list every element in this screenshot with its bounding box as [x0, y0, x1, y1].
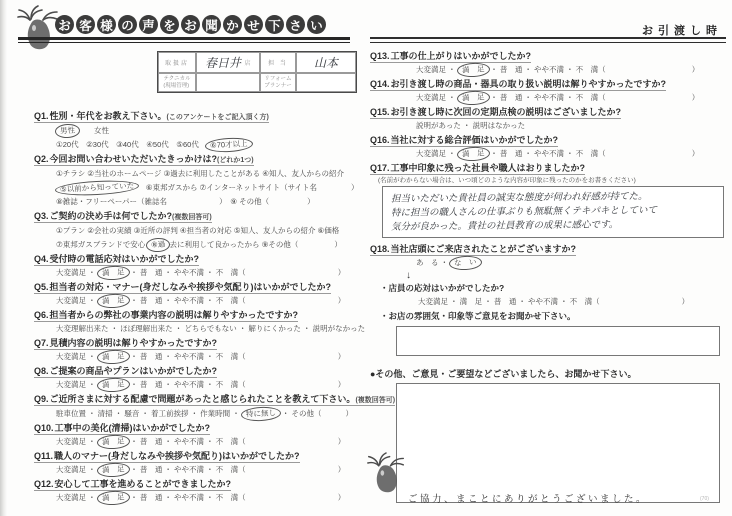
question-title: Q1.性別・年代をお教え下さい。(このアンケートをご記入頂く方) [34, 110, 364, 124]
question-id: Q15. [370, 107, 390, 117]
comment-box [396, 383, 720, 503]
handwriting-box: 担当いただいた貴社員の誠実な態度が伺われ好感が持てた。特に担当の職人さんの仕事ぶ… [382, 186, 724, 238]
answer-option: ） [692, 65, 700, 74]
answer-option: 大変満足 ・ [416, 149, 458, 158]
question-id: Q18. [370, 244, 390, 254]
question-text: 工事中印象に残った社員や職人はおりましたか? [391, 163, 586, 173]
title-char-badge: 声 [139, 15, 158, 34]
question-Q17: Q17.工事中印象に残った社員や職人はおりましたか?(名前がわからない場合は、い… [370, 162, 728, 184]
question-text: 見積内容の説明は解りやすかったですか? [50, 338, 218, 348]
question-note: (複数回答可) [172, 214, 212, 221]
answer-option: ①プラン ②会社の実績 ③近所の評判 ④担当者の対応 ⑤知人、友人からの紹介 ⑥… [56, 226, 339, 235]
handwritten-line: 気分が良かった。貴社の社員教育の成果に感心です。 [391, 217, 715, 234]
question-id: Q8. [34, 366, 49, 376]
answer-option: ） ⑨ その他（ [219, 197, 269, 206]
question-title: Q11.職人のマナー(身だしなみや挨拶や気配り)はいかがでしたか? [34, 450, 364, 463]
answer-option: 大変満足 ・ 満 足 ・ 普 通 ・ やや不満 ・ 不 満（ [418, 297, 600, 306]
answer-line: 大変満足 ・ 満 足 ・ 普 通 ・ やや不満 ・ 不 満（） [56, 464, 364, 475]
sub-question-title: ・お店の雰囲気・印象等ご意見をお聞かせ下さい。 [380, 310, 728, 323]
question-text: お引き渡し時に次回の定期点検の説明はございましたか? [391, 107, 622, 117]
title-char-badge: 客 [76, 15, 95, 34]
question-title: Q15.お引き渡し時に次回の定期点検の説明はございましたか? [370, 106, 728, 119]
question-Q18: Q18.当社店頭にご来店されたことがございますか?あ る ・ な い [370, 243, 728, 268]
store-value-cell: 春日井 店 [196, 52, 260, 73]
circled-answer: ⑧過 [146, 237, 171, 252]
answer-line: 男性 女性 [56, 125, 364, 136]
circled-answer: 満 足 [96, 434, 129, 450]
question-Q5: Q5.担当者の対応・マナー(身だしなみや挨拶や気配り)はいかがでしたか?大変満足… [34, 281, 364, 306]
answer-option: ・ 普 通 ・ やや不満 ・ 不 満（ [128, 268, 246, 277]
answer-line: ①プラン ②会社の実績 ③近所の評判 ④担当者の対応 ⑤知人、友人からの紹介 ⑥… [56, 225, 364, 236]
answer-option: ） [338, 493, 346, 502]
question-id: Q10. [34, 423, 54, 433]
answer-option: ・ 普 通 ・ やや不満 ・ 不 満（ [128, 296, 246, 305]
title-char-badge: お [55, 15, 74, 34]
question-Q6: Q6.担当者からの弊社の事業内容の説明は解りやすかったですか?大変理解出来た ・… [34, 309, 364, 334]
question-Q15: Q15.お引き渡し時に次回の定期点検の説明はございましたか?説明があった ・ 説… [370, 106, 728, 131]
store-label-cell: 取扱店 [158, 52, 196, 73]
answer-option: ⑥東邦ガスから ⑦インターネットサイト（サイト名 [138, 183, 317, 192]
staff-label-cell: 担 当 [260, 52, 296, 73]
question-text: 職人のマナー(身だしなみや挨拶や気配り)はいかがでしたか? [54, 451, 300, 461]
circled-answer: ⑥70才以上 [205, 137, 253, 153]
answer-option: ） [351, 183, 359, 192]
question-title: Q13.工事の仕上がりはいかがでしたか? [370, 50, 728, 63]
answer-option: ・ 普 通 ・ やや不満 ・ 不 満（ [128, 380, 246, 389]
question-text: ご提案の商品やプランはいかがでしたか? [50, 366, 218, 376]
question-title: Q14.お引き渡し時の商品・器具の取り扱い説明は解りやすかったですか? [370, 78, 728, 91]
question-text: 安心して工事を進めることができましたか? [55, 479, 232, 489]
title-char-badge: 聞 [202, 15, 221, 34]
answer-option: 大変満足 ・ [56, 465, 98, 474]
info-table: 取扱店 春日井 店 担 当 山本 テクニカル(現場管理) リフォームプランナー [157, 51, 357, 93]
answer-option: 大変満足 ・ [56, 352, 98, 361]
question-note: (このアンケートをご記入頂く方) [167, 114, 269, 121]
answer-option: ・ 普 通 ・ やや不満 ・ 不 満（ [128, 493, 246, 502]
answer-option: 大変満足 ・ [56, 493, 98, 502]
title-char-badge: 様 [97, 15, 116, 34]
answer-line: 大変満足 ・ 満 足 ・ 普 通 ・ やや不満 ・ 不 満（） [418, 296, 728, 307]
question-id: Q5. [34, 282, 49, 292]
answer-line: 大変満足 ・ 満 足 ・ 普 通 ・ やや不満 ・ 不 満（） [56, 295, 364, 306]
answer-line: 大変満足 ・ 満 足 ・ 普 通 ・ やや不満 ・ 不 満（） [56, 436, 364, 447]
planner-label-cell: リフォームプランナー [260, 73, 296, 92]
handover-time-label: お引渡し時 [642, 22, 722, 38]
technical-label-cell: テクニカル(現場管理) [158, 73, 196, 92]
question-Q9: Q9.ご近所さまに対する配慮で問題があったと感じられたことを教えて下さい。(複数… [34, 393, 364, 419]
answer-line: 大変満足 ・ 満 足 ・ 普 通 ・ やや不満 ・ 不 満（） [416, 92, 728, 103]
title-char-badge: を [160, 15, 179, 34]
question-text: ご契約の決め手は何でしたか? [50, 211, 173, 221]
question-text: 工事の仕上がりはいかがでしたか? [391, 51, 532, 61]
answer-option: ） [692, 93, 700, 102]
technical-value-cell [196, 73, 260, 92]
answer-option: ⑦東邦ガスブランドで安心 [56, 240, 147, 249]
question-text: 性別・年代をお教え下さい。 [50, 111, 167, 121]
question-note: (どれか1つ) [217, 157, 254, 164]
answer-option: ①20代 ②30代 ③40代 ④50代 ⑤60代 [56, 140, 206, 149]
answer-option: あ る ・ [416, 258, 450, 267]
question-Q12: Q12.安心して工事を進めることができましたか?大変満足 ・ 満 足 ・ 普 通… [34, 478, 364, 503]
answer-option: 大変満足 ・ [56, 296, 98, 305]
answer-line: 説明があった ・ 説明はなかった [416, 120, 728, 131]
answer-line: ⑤以前から知っていた ⑥東邦ガスから ⑦インターネットサイト（サイト名） [56, 182, 364, 193]
circled-answer: 満 足 [96, 293, 129, 309]
sub-question: ・店員の応対はいかがでしたか?大変満足 ・ 満 足 ・ 普 通 ・ やや不満 ・… [380, 282, 728, 307]
questions-column-left: Q1.性別・年代をお教え下さい。(このアンケートをご記入頂く方)男性 女性①20… [34, 110, 364, 506]
question-Q1: Q1.性別・年代をお教え下さい。(このアンケートをご記入頂く方)男性 女性①20… [34, 110, 364, 150]
answer-option: ・ 普 通 ・ やや不満 ・ 不 満（ [128, 437, 246, 446]
question-text: 担当者からの弊社の事業内容の説明は解りやすかったですか? [50, 310, 299, 320]
answer-option: ①チラシ ②当社のホームページ ③過去に利用したことがある ④知人、友人からの紹… [56, 169, 344, 178]
answer-line: 大変満足 ・ 満 足 ・ 普 通 ・ やや不満 ・ 不 満（） [416, 64, 728, 75]
circled-answer: 満 足 [96, 349, 129, 365]
questions-column-right: Q13.工事の仕上がりはいかがでしたか?大変満足 ・ 満 足 ・ 普 通 ・ や… [370, 50, 728, 509]
footer-thanks-text: ご協力、まことにありがとうございました。 [408, 491, 648, 505]
question-title: Q5.担当者の対応・マナー(身だしなみや挨拶や気配り)はいかがでしたか? [34, 281, 364, 294]
question-text: お引き渡し時の商品・器具の取り扱い説明は解りやすかったですか? [391, 79, 667, 89]
answer-line: ①チラシ ②当社のホームページ ③過去に利用したことがある ④知人、友人からの紹… [56, 168, 364, 179]
answer-option: 説明があった ・ 説明はなかった [416, 121, 525, 130]
staff-value-handwritten: 山本 [314, 54, 338, 71]
answer-line: ⑧雑誌・フリーペーパー（雑誌名） ⑨ その他（） [56, 196, 364, 207]
answer-option: ・ 普 通 ・ やや不満 ・ 不 満（ [488, 65, 606, 74]
circled-answer: 満 足 [456, 90, 489, 106]
answer-option: 去に利用して良かったから ⑨その他（ [170, 240, 299, 249]
answer-option: ） [346, 409, 354, 418]
title-char-badge: か [223, 15, 242, 34]
answer-line: 大変満足 ・ 満 足 ・ 普 通 ・ やや不満 ・ 不 満（） [56, 379, 364, 390]
question-id: Q16. [370, 135, 390, 145]
answer-option: 大変満足 ・ [56, 437, 98, 446]
answer-line: 駐車位置 ・ 清掃 ・ 騒音 ・ 着工前挨拶 ・ 作業時間 ・ 特に無し ・ そ… [56, 408, 364, 419]
sub-question: ・お店の雰囲気・印象等ご意見をお聞かせ下さい。 [380, 310, 728, 323]
circled-answer: 特に無し [241, 406, 282, 422]
answer-option: ） [338, 380, 346, 389]
answer-option: 大変満足 ・ [416, 65, 458, 74]
answer-option: 大変満足 ・ [56, 380, 98, 389]
scan-edge-shadow [0, 0, 7, 516]
title-char-badge: の [118, 15, 137, 34]
answer-line: 大変理解出来た ・ ほぼ理解出来た ・ どちらでもない ・ 解りにくかった ・ … [56, 323, 364, 334]
title-char-badge: さ [286, 15, 305, 34]
question-Q16: Q16.当社に対する総合評価はいかがでしたか?大変満足 ・ 満 足 ・ 普 通 … [370, 134, 728, 159]
circled-answer: 満 足 [96, 265, 129, 281]
header-rule-left [18, 37, 350, 43]
question-title: Q12.安心して工事を進めることができましたか? [34, 478, 364, 491]
form-code: (70) [700, 496, 709, 502]
circled-answer: ⑤以前から知っていた [55, 179, 140, 197]
circled-answer: 男性 [55, 123, 81, 138]
answer-option: ） [334, 240, 342, 249]
comment-box [396, 326, 720, 356]
question-id: Q4. [34, 254, 49, 264]
section-heading: ●その他、ご意見・ご要望などございましたら、お聞かせ下さい。 [370, 367, 728, 380]
circled-answer: 満 足 [96, 490, 129, 506]
answer-option: ） [338, 465, 346, 474]
question-id: Q1. [34, 111, 49, 121]
answer-option: 女性 [79, 126, 109, 135]
deer-icon-footer [366, 450, 406, 501]
question-title: Q7.見積内容の説明は解りやすかったですか? [34, 337, 364, 350]
question-title: Q17.工事中印象に残った社員や職人はおりましたか? [370, 162, 728, 175]
planner-value-cell [296, 73, 356, 92]
question-text: 工事中の美化(清掃)はいかがでしたか? [55, 423, 211, 433]
question-id: Q2. [34, 154, 49, 164]
question-title: Q2.今回お問い合わせいただいたきっかけは?(どれか1つ) [34, 153, 364, 167]
question-Q4: Q4.受付時の電話応対はいかがでしたか?大変満足 ・ 満 足 ・ 普 通 ・ や… [34, 253, 364, 278]
question-text: 受付時の電話応対はいかがでしたか? [50, 254, 200, 264]
question-title: Q18.当社店頭にご来店されたことがございますか? [370, 243, 728, 256]
answer-line: 大変満足 ・ 満 足 ・ 普 通 ・ やや不満 ・ 不 満（） [56, 492, 364, 503]
answer-option: ） [307, 197, 315, 206]
answer-line: ⑦東邦ガスブランドで安心 ⑧過去に利用して良かったから ⑨その他（） [56, 239, 364, 250]
question-id: Q11. [34, 451, 53, 461]
question-id: Q3. [34, 211, 49, 221]
answer-line: あ る ・ な い [416, 257, 728, 268]
question-title: Q6.担当者からの弊社の事業内容の説明は解りやすかったですか? [34, 309, 364, 322]
sub-question-title: ・店員の応対はいかがでしたか? [380, 282, 728, 295]
answer-option: 大変満足 ・ [416, 93, 458, 102]
circled-answer: 満 足 [456, 146, 489, 162]
answer-option: ） [692, 149, 700, 158]
question-id: Q14. [370, 79, 390, 89]
question-id: Q9. [34, 394, 49, 404]
question-id: Q17. [370, 163, 390, 173]
question-title: Q3.ご契約の決め手は何でしたか?(複数回答可) [34, 210, 364, 224]
question-Q8: Q8.ご提案の商品やプランはいかがでしたか?大変満足 ・ 満 足 ・ 普 通 ・… [34, 365, 364, 390]
question-text: 今回お問い合わせいただいたきっかけは? [50, 154, 218, 164]
answer-line: 大変満足 ・ 満 足 ・ 普 通 ・ やや不満 ・ 不 満（） [56, 267, 364, 278]
question-Q14: Q14.お引き渡し時の商品・器具の取り扱い説明は解りやすかったですか?大変満足 … [370, 78, 728, 103]
question-Q3: Q3.ご契約の決め手は何でしたか?(複数回答可)①プラン ②会社の実績 ③近所の… [34, 210, 364, 250]
question-Q11: Q11.職人のマナー(身だしなみや挨拶や気配り)はいかがでしたか?大変満足 ・ … [34, 450, 364, 475]
question-id: Q13. [370, 51, 390, 61]
answer-line: 大変満足 ・ 満 足 ・ 普 通 ・ やや不満 ・ 不 満（） [56, 351, 364, 362]
question-title: Q4.受付時の電話応対はいかがでしたか? [34, 253, 364, 266]
deer-icon [16, 4, 60, 57]
answer-option: ） [338, 437, 346, 446]
store-value-handwritten: 春日井 [205, 54, 241, 71]
title-char-badge: 下 [265, 15, 284, 34]
page-title: お客様の声をお聞かせ下さい [55, 15, 326, 34]
answer-option: 大変満足 ・ [56, 268, 98, 277]
question-title: Q9.ご近所さまに対する配慮で問題があったと感じられたことを教えて下さい。(複数… [34, 393, 364, 407]
title-char-badge: い [307, 15, 326, 34]
answer-option: ） [338, 296, 346, 305]
question-Q10: Q10.工事中の美化(清掃)はいかがでしたか?大変満足 ・ 満 足 ・ 普 通 … [34, 422, 364, 447]
question-text: 当社に対する総合評価はいかがでしたか? [391, 135, 559, 145]
answer-option: ） [338, 352, 346, 361]
question-text: 当社店頭にご来店されたことがございますか? [391, 244, 577, 254]
answer-option: ・ 普 通 ・ やや不満 ・ 不 満（ [128, 352, 246, 361]
answer-option: ） [338, 268, 346, 277]
question-id: Q6. [34, 310, 49, 320]
down-arrow-icon: ↓ [406, 271, 728, 281]
answer-option: ・ その他（ [280, 409, 322, 418]
circled-answer: 満 足 [456, 62, 489, 78]
circled-answer: な い [449, 255, 482, 271]
answer-line: ①20代 ②30代 ③40代 ④50代 ⑤60代 ⑥70才以上 [56, 139, 364, 150]
answer-option: 駐車位置 ・ 清掃 ・ 騒音 ・ 着工前挨拶 ・ 作業時間 ・ [56, 409, 242, 418]
answer-option: ・ 普 通 ・ やや不満 ・ 不 満（ [488, 93, 606, 102]
answer-line: 大変満足 ・ 満 足 ・ 普 通 ・ やや不満 ・ 不 満（） [416, 148, 728, 159]
question-title: Q8.ご提案の商品やプランはいかがでしたか? [34, 365, 364, 378]
question-text: ご近所さまに対する配慮で問題があったと感じられたことを教えて下さい。 [50, 394, 356, 404]
question-subnote: (名前がわからない場合は、いつ頃どのような内容が印象に残ったのかをお書きください… [378, 175, 728, 184]
answer-option: ⑧雑誌・フリーペーパー（雑誌名 [56, 197, 167, 206]
store-suffix: 店 [245, 58, 251, 67]
question-Q7: Q7.見積内容の説明は解りやすかったですか?大変満足 ・ 満 足 ・ 普 通 ・… [34, 337, 364, 362]
answer-option: 大変理解出来た ・ ほぼ理解出来た ・ どちらでもない ・ 解りにくかった ・ … [56, 324, 365, 333]
title-char-badge: お [181, 15, 200, 34]
circled-answer: 満 足 [96, 462, 129, 478]
circled-answer: 満 足 [96, 377, 129, 393]
question-id: Q7. [34, 338, 49, 348]
question-text: 担当者の対応・マナー(身だしなみや挨拶や気配り)はいかがでしたか? [50, 282, 332, 292]
question-Q2: Q2.今回お問い合わせいただいたきっかけは?(どれか1つ)①チラシ ②当社のホー… [34, 153, 364, 207]
question-id: Q12. [34, 479, 54, 489]
answer-option: ・ 普 通 ・ やや不満 ・ 不 満（ [128, 465, 246, 474]
answer-option: ） [682, 297, 690, 306]
answer-option: ・ 普 通 ・ やや不満 ・ 不 満（ [488, 149, 606, 158]
question-title: Q16.当社に対する総合評価はいかがでしたか? [370, 134, 728, 147]
title-char-badge: せ [244, 15, 263, 34]
question-title: Q10.工事中の美化(清掃)はいかがでしたか? [34, 422, 364, 435]
question-Q13: Q13.工事の仕上がりはいかがでしたか?大変満足 ・ 満 足 ・ 普 通 ・ や… [370, 50, 728, 75]
staff-value-cell: 山本 [296, 52, 356, 73]
